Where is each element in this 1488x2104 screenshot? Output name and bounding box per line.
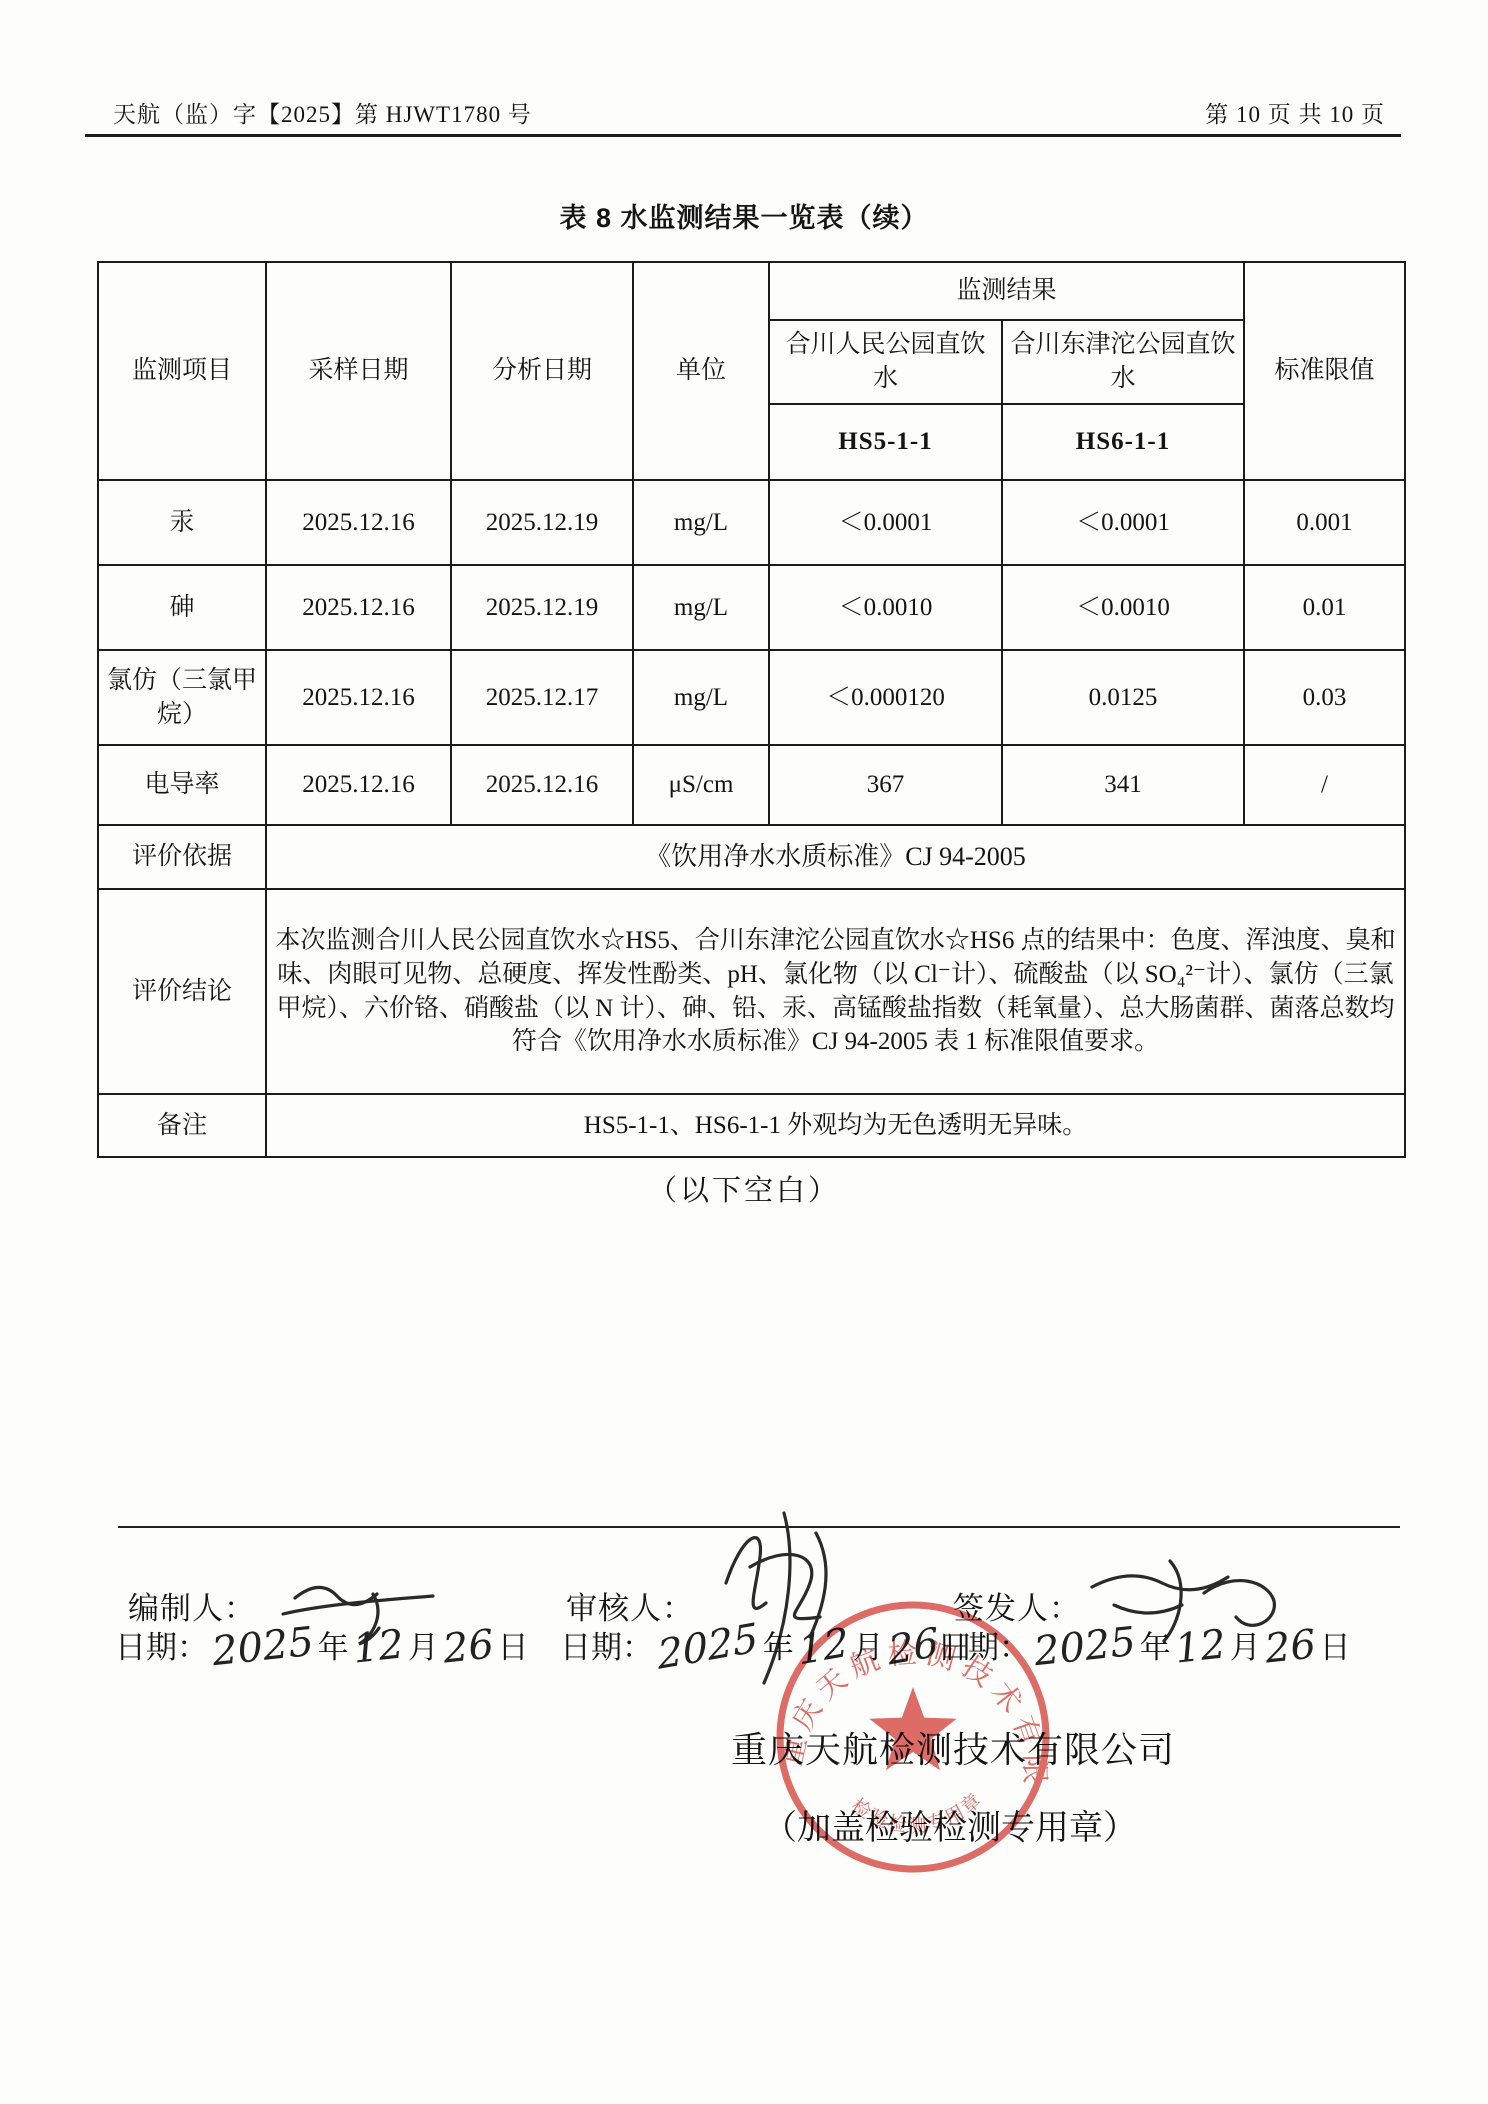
cell-sampling-date: 2025.12.16 (266, 480, 451, 565)
cell-analysis-date: 2025.12.19 (451, 565, 633, 650)
month-char: 月 (408, 1630, 439, 1665)
cell-limit: 0.001 (1244, 480, 1405, 565)
cell-result2: ＜0.0001 (1002, 480, 1244, 565)
cell-item: 汞 (98, 480, 266, 565)
cell-unit: mg/L (633, 565, 769, 650)
table-row: 电导率 2025.12.16 2025.12.16 μS/cm 367 341 … (98, 745, 1405, 825)
year-char: 年 (318, 1630, 349, 1665)
remark-row: 备注 HS5-1-1、HS6-1-1 外观均为无色透明无异味。 (98, 1094, 1405, 1157)
header-divider (85, 134, 1401, 137)
cell-result1: ＜0.000120 (769, 650, 1002, 745)
evaluation-basis-row: 评价依据 《饮用净水水质标准》CJ 94-2005 (98, 825, 1405, 889)
evaluation-conclusion-row: 评价结论 本次监测合川人民公园直饮水☆HS5、合川东津沱公园直饮水☆HS6 点的… (98, 889, 1405, 1094)
document-page: 天航（监）字【2025】第 HJWT1780 号 第 10 页 共 10 页 表… (0, 0, 1488, 2104)
preparer-date: 日期：2025年12月26日 (115, 1622, 529, 1668)
col-header-sample2: HS6-1-1 (1002, 404, 1244, 480)
col-header-sampling-date: 采样日期 (266, 262, 451, 480)
year-char: 年 (1140, 1630, 1171, 1665)
col-header-analysis-date: 分析日期 (451, 262, 633, 480)
remark-value: HS5-1-1、HS6-1-1 外观均为无色透明无异味。 (266, 1094, 1405, 1157)
cell-result2: 341 (1002, 745, 1244, 825)
table-row: 汞 2025.12.16 2025.12.19 mg/L ＜0.0001 ＜0.… (98, 480, 1405, 565)
table-title: 表 8 水监测结果一览表（续） (0, 196, 1488, 235)
company-stamp: 重庆天航检测技术有限公司 检验检测专用章 (773, 1598, 1053, 1876)
date-label: 日期： (115, 1630, 208, 1665)
col-header-item: 监测项目 (98, 262, 266, 480)
cell-item: 砷 (98, 565, 266, 650)
cell-unit: mg/L (633, 480, 769, 565)
col-header-site1: 合川人民公园直饮水 (769, 320, 1002, 404)
table-row: 氯仿（三氯甲烷） 2025.12.16 2025.12.17 mg/L ＜0.0… (98, 650, 1405, 745)
table-row: 砷 2025.12.16 2025.12.19 mg/L ＜0.0010 ＜0.… (98, 565, 1405, 650)
day-char: 日 (498, 1630, 529, 1665)
day-char: 日 (1320, 1630, 1351, 1665)
col-header-sample1: HS5-1-1 (769, 404, 1002, 480)
cell-item: 氯仿（三氯甲烷） (98, 650, 266, 745)
cell-sampling-date: 2025.12.16 (266, 565, 451, 650)
date-day-handwritten: 26 (440, 1621, 495, 1672)
cell-result1: 367 (769, 745, 1002, 825)
cell-result1: ＜0.0001 (769, 480, 1002, 565)
date-year-handwritten: 2025 (210, 1619, 316, 1675)
evaluation-basis-label: 评价依据 (98, 825, 266, 889)
cell-sampling-date: 2025.12.16 (266, 650, 451, 745)
evaluation-conclusion-value: 本次监测合川人民公园直饮水☆HS5、合川东津沱公园直饮水☆HS6 点的结果中：色… (266, 889, 1405, 1094)
results-table: 监测项目 采样日期 分析日期 单位 监测结果 标准限值 合川人民公园直饮水 合川… (97, 261, 1406, 1158)
evaluation-conclusion-label: 评价结论 (98, 889, 266, 1094)
stamp-bottom-text: 检验检测专用章 (847, 1788, 987, 1837)
cell-limit: / (1244, 745, 1405, 825)
cell-result2: ＜0.0010 (1002, 565, 1244, 650)
col-header-site2: 合川东津沱公园直饮水 (1002, 320, 1244, 404)
cell-item: 电导率 (98, 745, 266, 825)
cell-unit: μS/cm (633, 745, 769, 825)
page-number: 第 10 页 共 10 页 (1205, 96, 1385, 129)
evaluation-basis-value: 《饮用净水水质标准》CJ 94-2005 (266, 825, 1405, 889)
cell-analysis-date: 2025.12.19 (451, 480, 633, 565)
col-header-unit: 单位 (633, 262, 769, 480)
stamp-star-icon (869, 1687, 956, 1770)
cell-result2: 0.0125 (1002, 650, 1244, 745)
date-label: 日期： (560, 1630, 653, 1665)
cell-sampling-date: 2025.12.16 (266, 745, 451, 825)
remark-label: 备注 (98, 1094, 266, 1157)
cell-limit: 0.01 (1244, 565, 1405, 650)
date-day-handwritten: 26 (1262, 1621, 1317, 1672)
cell-result1: ＜0.0010 (769, 565, 1002, 650)
cell-unit: mg/L (633, 650, 769, 745)
col-header-limit: 标准限值 (1244, 262, 1405, 480)
month-char: 月 (1230, 1630, 1261, 1665)
cell-analysis-date: 2025.12.17 (451, 650, 633, 745)
blank-below-note: （以下空白） (0, 1168, 1488, 1209)
date-month-handwritten: 12 (351, 1621, 406, 1672)
cell-limit: 0.03 (1244, 650, 1405, 745)
cell-analysis-date: 2025.12.16 (451, 745, 633, 825)
col-header-result-group: 监测结果 (769, 262, 1244, 320)
doc-number: 天航（监）字【2025】第 HJWT1780 号 (113, 96, 532, 129)
page-header: 天航（监）字【2025】第 HJWT1780 号 第 10 页 共 10 页 (113, 96, 1385, 129)
date-month-handwritten: 12 (1173, 1621, 1228, 1672)
